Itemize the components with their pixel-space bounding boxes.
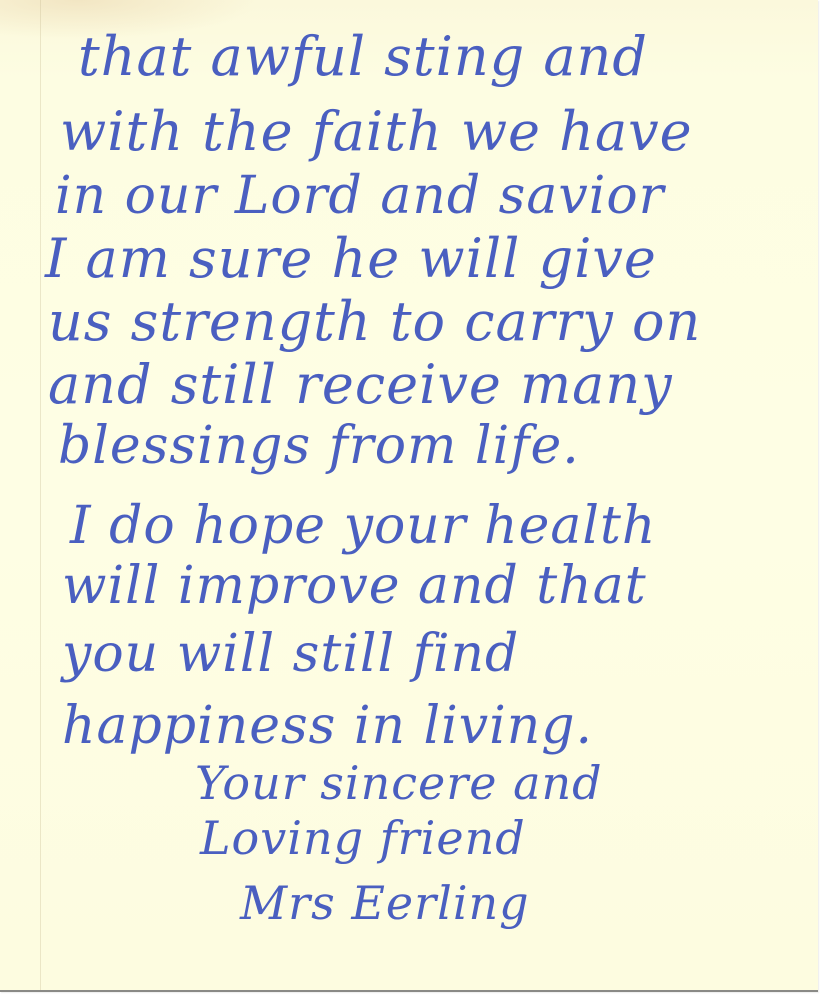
letter-line-9: will improve and that xyxy=(62,560,647,612)
letter-line-8: I do hope your health xyxy=(70,500,656,552)
letter-page: that awful sting and with the faith we h… xyxy=(0,0,818,992)
signature: Mrs Eerling xyxy=(240,880,530,926)
letter-line-7: blessings from life. xyxy=(58,420,580,472)
fold-crease xyxy=(40,0,41,990)
letter-line-2: with the faith we have xyxy=(60,105,693,159)
closing-line: Your sincere and xyxy=(195,760,603,806)
letter-line-6: and still receive many xyxy=(48,358,673,412)
closing-friend: Loving friend xyxy=(200,815,526,861)
letter-line-11: happiness in living. xyxy=(62,700,593,752)
letter-line-10: you will still find xyxy=(62,628,519,680)
letter-line-3: in our Lord and savior xyxy=(55,170,665,222)
letter-line-4: I am sure he will give xyxy=(45,232,657,286)
letter-line-1: that awful sting and xyxy=(78,30,648,84)
letter-line-5: us strength to carry on xyxy=(48,295,701,349)
